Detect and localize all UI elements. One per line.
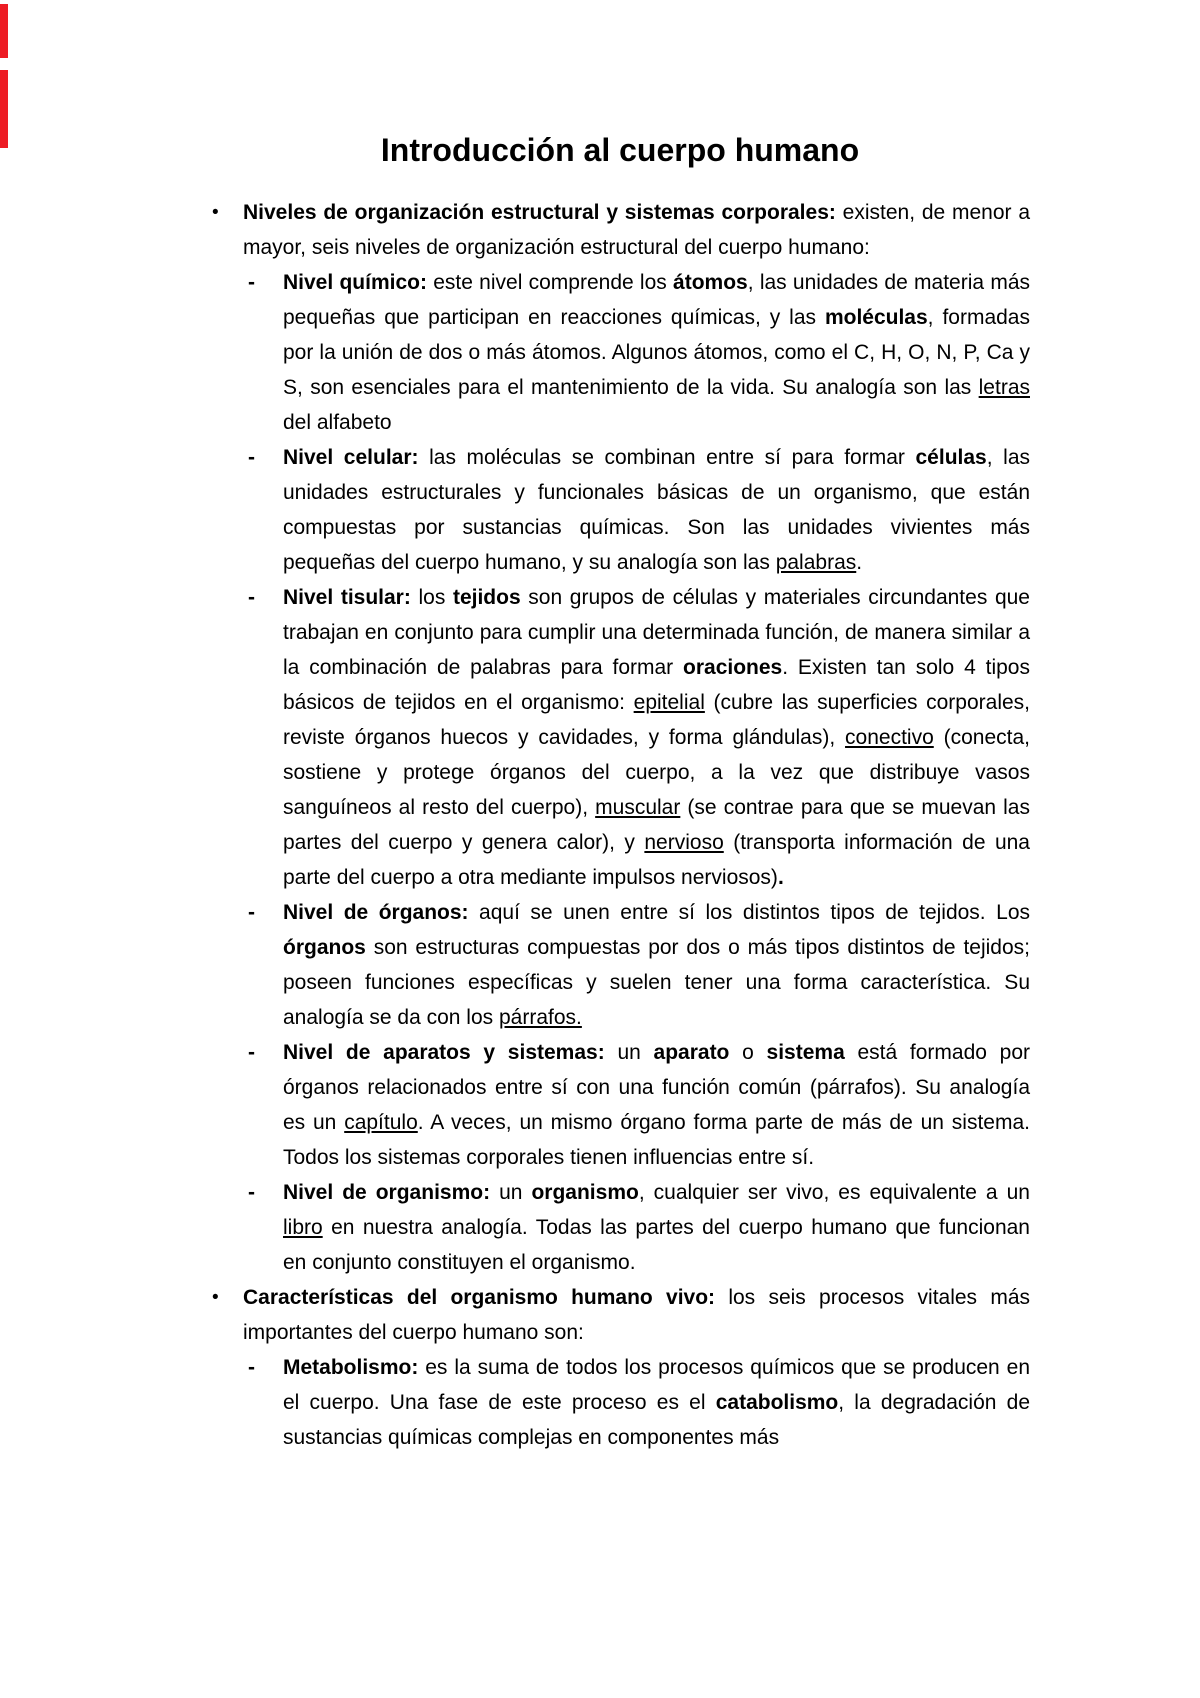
list-item-nivel-organismo: - Nivel de organismo: un organismo, cual… (210, 1175, 1030, 1280)
paragraph-text: Nivel químico: este nivel comprende los … (283, 271, 1030, 434)
dash-marker: - (248, 895, 255, 930)
list-item-nivel-celular: - Nivel celular: las moléculas se combin… (210, 440, 1030, 580)
dash-marker: - (248, 265, 255, 300)
paragraph-text: Nivel de organismo: un organismo, cualqu… (283, 1181, 1030, 1274)
paragraph-text: Niveles de organización estructural y si… (243, 201, 1030, 259)
red-edge-mark (0, 70, 8, 148)
list-item-nivel-de-organos: - Nivel de órganos: aquí se unen entre s… (210, 895, 1030, 1035)
list-item-nivel-aparatos-sistemas: - Nivel de aparatos y sistemas: un apara… (210, 1035, 1030, 1175)
bullet-marker: • (212, 1280, 219, 1315)
dash-marker: - (248, 1350, 255, 1385)
list-item-nivel-tisular: - Nivel tisular: los tejidos son grupos … (210, 580, 1030, 895)
paragraph-text: Nivel de aparatos y sistemas: un aparato… (283, 1041, 1030, 1169)
document-body: Introducción al cuerpo humano • Niveles … (210, 0, 1030, 1455)
dash-marker: - (248, 440, 255, 475)
dash-marker: - (248, 580, 255, 615)
paragraph-text: Nivel celular: las moléculas se combinan… (283, 446, 1030, 574)
red-edge-mark (0, 4, 8, 58)
list-item-caracteristicas-organismo: • Características del organismo humano v… (210, 1280, 1030, 1350)
paragraph-text: Características del organismo humano viv… (243, 1286, 1030, 1344)
paragraph-text: Nivel tisular: los tejidos son grupos de… (283, 586, 1030, 889)
list-item-niveles-organizacion: • Niveles de organización estructural y … (210, 195, 1030, 265)
bullet-marker: • (212, 195, 219, 230)
page-title: Introducción al cuerpo humano (210, 132, 1030, 169)
list-item-metabolismo: - Metabolismo: es la suma de todos los p… (210, 1350, 1030, 1455)
list-item-nivel-quimico: - Nivel químico: este nivel comprende lo… (210, 265, 1030, 440)
dash-marker: - (248, 1175, 255, 1210)
document-page: Introducción al cuerpo humano • Niveles … (0, 0, 1200, 1698)
paragraph-text: Metabolismo: es la suma de todos los pro… (283, 1356, 1030, 1449)
dash-marker: - (248, 1035, 255, 1070)
paragraph-text: Nivel de órganos: aquí se unen entre sí … (283, 901, 1030, 1029)
